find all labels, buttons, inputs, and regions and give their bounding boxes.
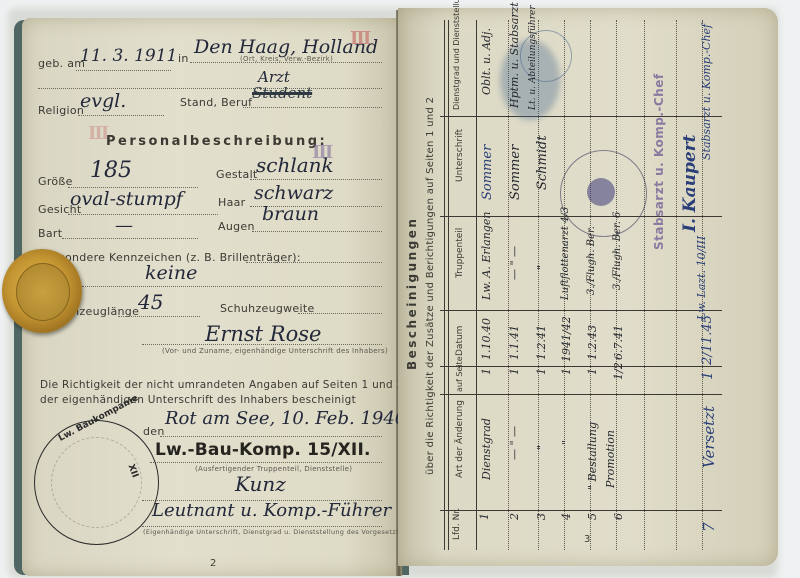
row-1-nr: 1 bbox=[478, 513, 491, 520]
row-2-unterschrift: Sommer bbox=[508, 145, 523, 200]
faint-red-stamp: III bbox=[88, 123, 107, 144]
officer-signature: Kunz bbox=[235, 472, 286, 496]
coin-face bbox=[16, 263, 70, 321]
beard-dots bbox=[62, 238, 198, 239]
row-1-unterschrift: Sommer bbox=[480, 145, 495, 200]
issued-place-date: Rot am See, 10. Feb. 1940 bbox=[165, 408, 406, 429]
row-7-truppenteil: Lw. Lazt. 10/III bbox=[695, 236, 708, 320]
row-2-art: — " — bbox=[508, 426, 521, 460]
red-roman-stamp: III bbox=[350, 28, 369, 49]
table-border-left-2 bbox=[448, 20, 449, 550]
row-3-seite: 1 bbox=[535, 368, 548, 375]
build-value: schlank bbox=[256, 153, 334, 177]
holder-signature-dots bbox=[142, 344, 382, 345]
officer-dots-2 bbox=[142, 526, 382, 527]
born-label: geb. am bbox=[38, 57, 85, 70]
header-truppenteil: Truppenteil bbox=[455, 228, 465, 278]
header-datum: Datum bbox=[455, 326, 465, 356]
row-3-dienstgrad: Lt. u. Abteilungsführer bbox=[528, 5, 538, 110]
marks-dots bbox=[246, 262, 382, 263]
issued-dots bbox=[160, 436, 382, 437]
stabsarzt-stamp: Stabsarzt u. Komp.-Chef bbox=[652, 73, 666, 250]
row-2-datum: 1.1.41 bbox=[508, 325, 521, 360]
left-page-number: 2 bbox=[210, 558, 216, 569]
eyes-value: braun bbox=[262, 203, 319, 225]
row-2-truppenteil: — " — bbox=[508, 246, 521, 280]
row-1-dienstgrad: Oblt. u. Adj. bbox=[480, 28, 493, 95]
right-page-title: Bescheinigungen bbox=[405, 217, 419, 370]
row-1-datum: 1.10.40 bbox=[480, 318, 493, 360]
row-6-nr: 6 bbox=[612, 513, 625, 520]
eyes-label: Augen bbox=[218, 220, 255, 233]
col-sep-dienstgrad bbox=[440, 116, 722, 117]
row-5-truppenteil: 3./Flugh. Ber. bbox=[586, 226, 597, 295]
row-5-datum: 1.2.43 bbox=[586, 325, 599, 360]
row-3-art: " bbox=[535, 445, 548, 450]
stamp-center-mark bbox=[587, 178, 615, 206]
unit-stamp: Lw.-Bau-Komp. 15/XII. bbox=[155, 440, 371, 460]
official-seal: Lw. Baukompanie XII bbox=[34, 420, 159, 545]
certification-line-1: Die Richtigkeit der nicht umrandeten Ang… bbox=[40, 379, 428, 391]
row-3-datum: 1.2.41 bbox=[535, 325, 548, 360]
row-3-unterschrift: Schmidt bbox=[535, 135, 550, 190]
occupation-label: Stand, Beruf bbox=[180, 96, 252, 109]
holder-signature-caption: (Vor- und Zuname, eigenhändige Unterschr… bbox=[162, 347, 388, 355]
unit-dots bbox=[150, 462, 382, 463]
seal-inner-ring bbox=[51, 437, 142, 528]
row-1-truppenteil: Lw. A. Erlangen bbox=[480, 212, 493, 300]
beard-label: Bart bbox=[38, 227, 62, 240]
occupation-struck: Student bbox=[252, 84, 312, 102]
row-5-art: " Bestallung bbox=[586, 422, 599, 490]
row-6-art: Promotion bbox=[604, 430, 617, 488]
row-6-datum: 6.7.41 bbox=[612, 325, 625, 360]
row-7-unterschrift: I. Kaupert bbox=[680, 135, 700, 232]
born-dots bbox=[76, 70, 171, 71]
personal-description-title: Personalbeschreibung: bbox=[106, 134, 327, 149]
row-6-truppenteil: 3./Flugh. Ber. 6 bbox=[612, 212, 623, 290]
hair-value: schwarz bbox=[254, 182, 333, 204]
beard-value: — bbox=[115, 215, 133, 236]
row-7-nr: 7 bbox=[700, 522, 718, 532]
row-2-nr: 2 bbox=[508, 513, 521, 520]
col-sep-truppenteil bbox=[440, 310, 722, 311]
shoe-length-value: 45 bbox=[138, 290, 163, 314]
row-6-seite: 1/2 bbox=[612, 362, 625, 380]
blank-dots bbox=[38, 88, 382, 89]
header-lfd-nr: Lfd. Nr. bbox=[452, 508, 462, 540]
col-sep-seite bbox=[440, 394, 722, 395]
row-2-seite: 1 bbox=[508, 368, 521, 375]
religion-dots bbox=[78, 115, 164, 116]
row-7-dienstgrad: Stabsarzt u. Komp.-Chef bbox=[700, 24, 713, 160]
marks-value: keine bbox=[145, 262, 197, 284]
row-5-seite: 1 bbox=[586, 368, 599, 375]
header-unterschrift: Unterschrift bbox=[455, 129, 465, 182]
row-3-nr: 3 bbox=[535, 513, 548, 520]
row-7-seite: 1 bbox=[700, 371, 716, 380]
row-sep-7 bbox=[676, 20, 677, 550]
occupation-dots bbox=[243, 107, 382, 108]
table-border-left bbox=[444, 20, 445, 550]
face-value: oval-stumpf bbox=[70, 188, 183, 210]
place-hint: (Ort, Kreis, Verw.-Bezirk) bbox=[240, 55, 333, 63]
officer-rank: Leutnant u. Komp.-Führer bbox=[152, 500, 391, 521]
religion-value: evgl. bbox=[80, 90, 126, 112]
row-4-nr: 4 bbox=[560, 513, 573, 520]
row-1-seite: 1 bbox=[480, 368, 493, 375]
holder-signature: Ernst Rose bbox=[205, 322, 321, 346]
officer-caption: (Eigenhändige Unterschrift, Dienstgrad u… bbox=[143, 528, 410, 536]
eyes-dots bbox=[252, 231, 382, 232]
row-3-truppenteil: " bbox=[535, 265, 548, 270]
height-value: 185 bbox=[90, 158, 132, 183]
row-1-art: Dienstgrad bbox=[480, 418, 493, 480]
hair-label: Haar bbox=[218, 196, 245, 209]
build-dots bbox=[250, 179, 382, 180]
born-date: 11. 3. 1911 bbox=[80, 46, 177, 66]
row-7-datum: 2/11.45 bbox=[700, 315, 715, 365]
row-sep-6 bbox=[644, 20, 645, 550]
row-7-art: Versetzt bbox=[700, 406, 718, 468]
row-4-seite: 1 bbox=[560, 368, 573, 375]
col-sep-datum bbox=[440, 366, 722, 367]
header-art: Art der Änderung bbox=[455, 400, 465, 478]
marks-dots-2 bbox=[82, 286, 382, 287]
row-2-dienstgrad: Hptm. u. Stabsarzt bbox=[508, 2, 521, 108]
shoe-width-dots bbox=[298, 313, 382, 314]
header-seite: auf Seite bbox=[455, 356, 465, 392]
face-dots bbox=[68, 214, 218, 215]
row-4-datum: 1941/42 bbox=[560, 316, 573, 362]
right-page-subtitle: über die Richtigkeit der Zusätze und Ber… bbox=[425, 97, 436, 475]
shoe-length-dots bbox=[118, 316, 200, 317]
right-page-number: 3 bbox=[584, 534, 590, 545]
born-in-label: in bbox=[178, 52, 189, 65]
certification-line-2: der eigenhändigen Unterschrift des Inhab… bbox=[40, 394, 356, 406]
row-4-truppenteil: Luftflottenarzt 4/3 bbox=[560, 207, 571, 300]
coin bbox=[2, 249, 82, 333]
row-5-nr: 5 bbox=[586, 513, 599, 520]
col-sep-art bbox=[440, 510, 722, 511]
header-separator bbox=[476, 20, 477, 550]
header-dienstgrad: Dienstgrad und Dienststellung bbox=[452, 0, 462, 110]
row-4-art: " bbox=[560, 440, 573, 445]
